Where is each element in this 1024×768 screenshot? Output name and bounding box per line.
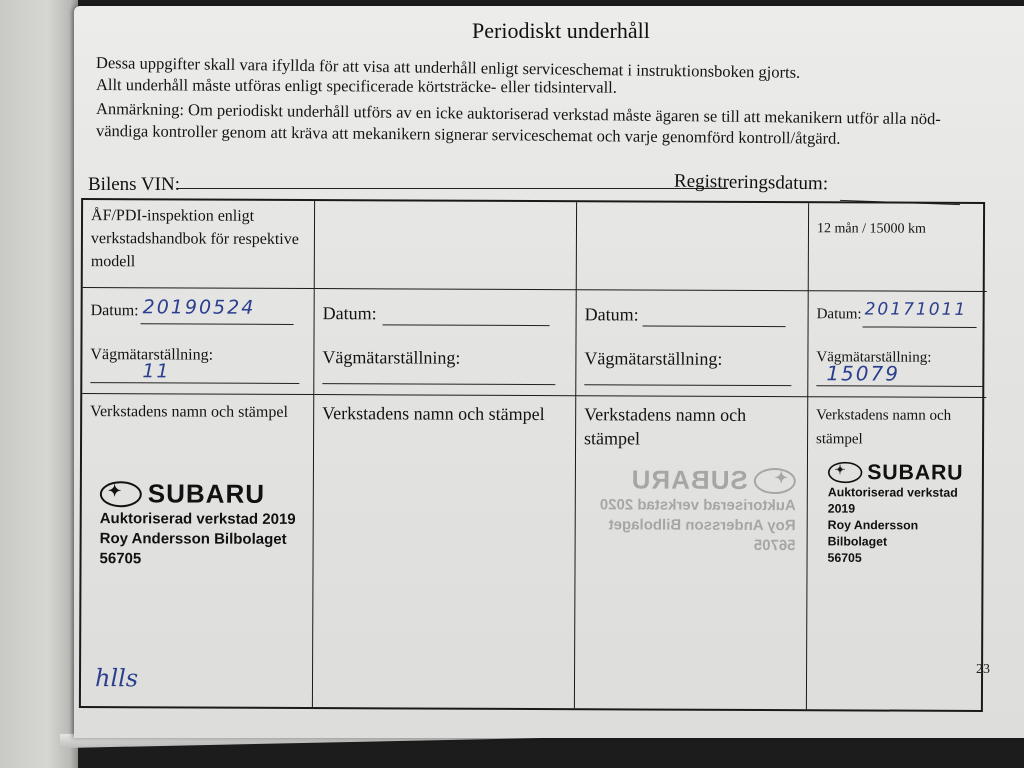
date-field[interactable] bbox=[383, 324, 550, 326]
column-header-pdi: ÅF/PDI-inspektion enligt verkstadshandbo… bbox=[83, 200, 315, 289]
stamp-line: 56705 bbox=[99, 549, 295, 570]
maintenance-table: ÅF/PDI-inspektion enligt verkstadshandbo… bbox=[79, 198, 985, 712]
workshop-stamp: SUBARU Auktoriserad verkstad 2019 Roy An… bbox=[99, 478, 295, 570]
workshop-stamp-cell-3: Verkstadens namn och stämpel SUBARU Aukt… bbox=[575, 396, 808, 709]
subaru-logo-icon bbox=[100, 481, 142, 507]
stamp-line: Auktoriserad verkstad 2020 bbox=[600, 495, 796, 516]
column-header-2 bbox=[315, 201, 577, 290]
stamp-line: 56705 bbox=[828, 550, 964, 567]
date-odometer-cell-3: Datum: Vägmätarställning: bbox=[576, 290, 808, 397]
date-odometer-cell-4: Datum: 20171011 Vägmätarställning: 15079 bbox=[808, 291, 986, 398]
ghost-stamp-bleedthrough: SUBARU Auktoriserad verkstad 2020 Roy An… bbox=[600, 464, 796, 556]
date-label: Datum: bbox=[323, 303, 377, 323]
odometer-value: 15079 bbox=[826, 361, 900, 385]
stamp-brand: SUBARU bbox=[148, 478, 265, 510]
registration-date-label: Registreringsdatum: bbox=[674, 171, 828, 196]
workshop-label: Verkstadens namn och stämpel bbox=[322, 401, 567, 426]
left-page-edge bbox=[0, 0, 78, 768]
workshop-label: Verkstadens namn och stämpel bbox=[816, 403, 978, 452]
stamp-line: Auktoriserad verkstad 2019 bbox=[828, 485, 964, 518]
column-header-12-months: 12 mån / 15000 km bbox=[809, 203, 987, 292]
stamp-brand: SUBARU bbox=[631, 464, 748, 496]
date-field[interactable] bbox=[141, 323, 294, 325]
odometer-field[interactable] bbox=[584, 384, 791, 386]
stamp-line: Roy Andersson Bilbolaget bbox=[828, 518, 964, 551]
workshop-label: Verkstadens namn och stämpel bbox=[90, 400, 305, 425]
odometer-label: Vägmätarställning: bbox=[584, 348, 722, 370]
date-label: Datum: bbox=[585, 304, 639, 324]
workshop-label: Verkstadens namn och stämpel bbox=[584, 402, 799, 451]
stamp-line: Roy Andersson Bilbolaget bbox=[100, 529, 296, 550]
vin-label: Bilens VIN: bbox=[88, 174, 180, 196]
workshop-stamp-cell-2: Verkstadens namn och stämpel bbox=[313, 395, 576, 708]
date-field[interactable] bbox=[863, 326, 977, 327]
odometer-value: 11 bbox=[142, 360, 170, 382]
column-header-3 bbox=[577, 202, 809, 291]
stamp-line: Auktoriserad verkstad 2019 bbox=[100, 509, 296, 530]
stamp-line: Roy Andersson Bilbolaget bbox=[600, 515, 796, 536]
intro-line: Allt underhåll måste utföras enligt spec… bbox=[96, 74, 941, 100]
workshop-stamp: SUBARU Auktoriserad verkstad 2019 Roy An… bbox=[828, 459, 964, 567]
odometer-field[interactable] bbox=[90, 382, 299, 384]
stamp-line: 56705 bbox=[600, 535, 796, 556]
date-odometer-cell-2: Datum: Vägmätarställning: bbox=[314, 289, 576, 396]
odometer-field[interactable] bbox=[816, 385, 982, 387]
subaru-logo-icon bbox=[754, 467, 796, 493]
workshop-stamp-cell-4: Verkstadens namn och stämpel SUBARU Aukt… bbox=[807, 397, 986, 710]
date-field[interactable] bbox=[643, 325, 786, 327]
intro-text: Dessa uppgifter skall vara ifyllda för a… bbox=[96, 52, 941, 142]
date-value: 20190524 bbox=[143, 296, 256, 318]
vehicle-info-row: Bilens VIN: Registreringsdatum: bbox=[88, 172, 968, 202]
odometer-field[interactable] bbox=[322, 383, 555, 385]
stamp-brand: SUBARU bbox=[867, 459, 963, 485]
workshop-stamp-cell-1: Verkstadens namn och stämpel SUBARU Aukt… bbox=[81, 394, 314, 707]
date-label: Datum: bbox=[817, 306, 862, 322]
vin-field[interactable] bbox=[176, 188, 728, 189]
date-odometer-cell-1: Datum: 20190524 Vägmätarställning: 11 bbox=[82, 288, 314, 395]
date-label: Datum: bbox=[91, 302, 139, 319]
mechanic-signature: hlls bbox=[95, 664, 138, 692]
odometer-label: Vägmätarställning: bbox=[322, 347, 460, 369]
date-value: 20171011 bbox=[865, 299, 968, 319]
page-title: Periodiskt underhåll bbox=[472, 18, 650, 44]
subaru-logo-icon bbox=[828, 461, 863, 482]
page-number: 23 bbox=[976, 662, 990, 678]
